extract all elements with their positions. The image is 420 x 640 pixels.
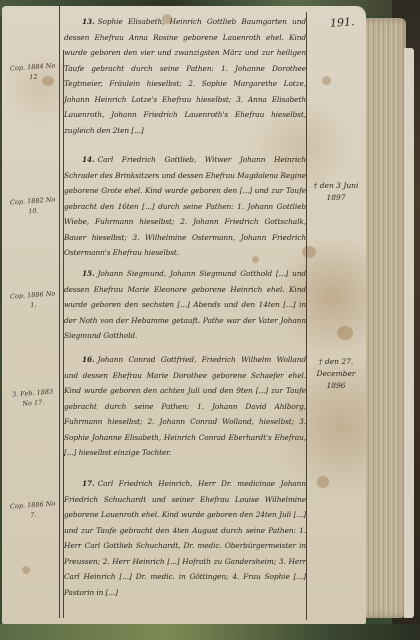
stain — [337, 326, 353, 340]
page-stack-edge — [360, 18, 406, 618]
entry-number: 13. — [82, 17, 95, 26]
stain — [322, 76, 331, 85]
entry-text: Carl Friedrich Gottlieb, Witwer Johann H… — [64, 155, 306, 257]
entry-text: Johann Conrad Gottfried, Friedrich Wilhe… — [64, 355, 306, 457]
entry-14-left-note: Cop. 1882 No 10. — [7, 194, 58, 217]
entry-text: Carl Friedrich Heinrich, Herr Dr. medici… — [64, 479, 306, 597]
entry-number: 16. — [82, 355, 95, 364]
background-bottom — [0, 624, 420, 640]
entry-number: 17. — [82, 479, 95, 488]
entry-14: 14.Carl Friedrich Gottlieb, Witwer Johan… — [64, 152, 306, 261]
entry-15: 15.Johann Siegmund, Johann Siegmund Gott… — [64, 266, 306, 344]
entry-17-left-note: Cop. 1886 No 7. — [7, 498, 58, 521]
entry-text: Johann Siegmund, Johann Siegmund Gotthol… — [64, 269, 306, 340]
stain — [317, 476, 329, 488]
entry-16-death-note: † den 27. December 1896 — [312, 356, 360, 392]
entry-15-left-note: Cop. 1886 No 1. — [7, 288, 58, 311]
entry-16-left-note: 3. Feb. 1883 No 17. — [7, 386, 58, 409]
entry-13: 13.Sophie Elisabeth, Heinrich Gottlieb B… — [64, 14, 306, 138]
entry-14-death-note: † den 3 Juni 1897 — [312, 180, 360, 204]
entry-16: 16.Johann Conrad Gottfried, Friedrich Wi… — [64, 352, 306, 461]
entry-13-left-note: Cop. 1884 No 12 — [7, 60, 58, 83]
page-number: 191. — [330, 15, 355, 30]
margin-rule-left — [59, 6, 60, 618]
entry-17: 17.Carl Friedrich Heinrich, Herr Dr. med… — [64, 476, 306, 600]
entry-number: 14. — [82, 155, 95, 164]
stain — [22, 566, 30, 574]
next-page-edge — [404, 48, 414, 618]
entry-text: Sophie Elisabeth, Heinrich Gottlieb Baum… — [64, 17, 306, 135]
margin-rule-right — [306, 12, 307, 620]
entry-number: 15. — [82, 269, 95, 278]
